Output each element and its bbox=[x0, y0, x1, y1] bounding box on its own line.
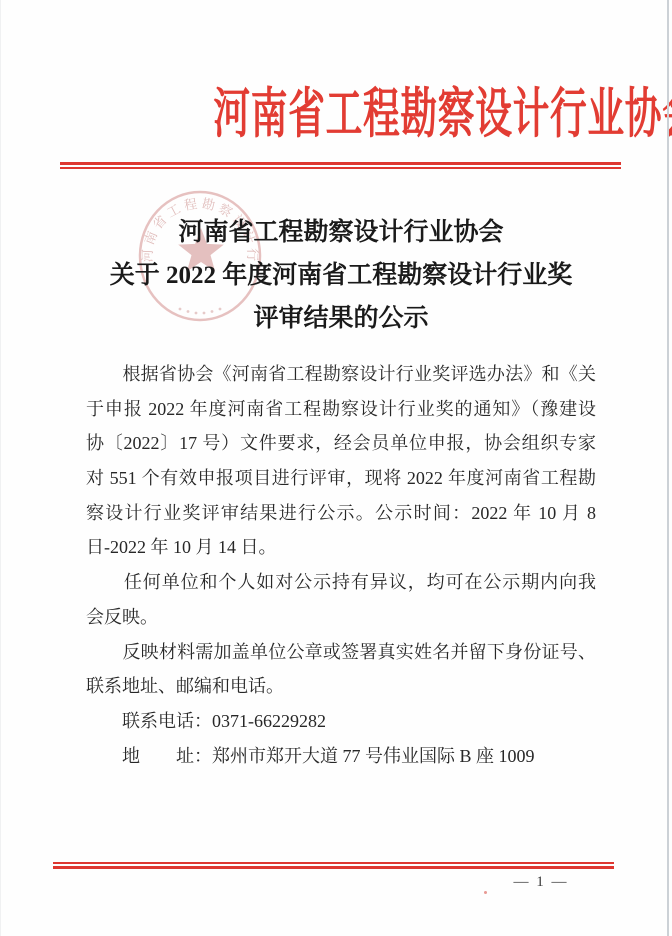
footer-rule bbox=[53, 862, 614, 869]
scan-speck bbox=[484, 891, 487, 894]
body-line: 根据省协会《河南省工程勘察设计行业奖评选办法》和《关 bbox=[86, 357, 596, 392]
body-line: 联系地址、邮编和电话。 bbox=[86, 669, 596, 704]
document-title: 河南省工程勘察设计行业协会 关于 2022 年度河南省工程勘察设计行业奖 评审结… bbox=[86, 211, 596, 340]
body-line: 对 551 个有效申报项目进行评审，现将 2022 年度河南省工程勘 bbox=[86, 461, 596, 496]
body-line: 会反映。 bbox=[86, 600, 596, 635]
document-title-line-2: 关于 2022 年度河南省工程勘察设计行业奖 bbox=[86, 254, 596, 297]
body-line: 察设计行业奖评审结果进行公示。公示时间：2022 年 10 月 8 bbox=[86, 496, 596, 531]
document-body: 根据省协会《河南省工程勘察设计行业奖评选办法》和《关 于申报 2022 年度河南… bbox=[86, 357, 596, 773]
letterhead-org-name: 河南省工程勘察设计行业协会 bbox=[213, 84, 672, 144]
page-right-edge bbox=[667, 0, 669, 936]
body-line: 于申报 2022 年度河南省工程勘察设计行业奖的通知》（豫建设 bbox=[86, 392, 596, 427]
page-number: — 1 — bbox=[501, 874, 581, 891]
document-title-line-1: 河南省工程勘察设计行业协会 bbox=[86, 211, 596, 254]
body-line: 协〔2022〕17 号）文件要求，经会员单位申报，协会组织专家 bbox=[86, 426, 596, 461]
contact-address-line: 地 址：郑州市郑开大道 77 号伟业国际 B 座 1009 bbox=[86, 739, 596, 774]
letterhead: 河南省工程勘察设计行业协会 bbox=[86, 84, 596, 146]
contact-phone-line: 联系电话：0371-66229282 bbox=[86, 704, 596, 739]
letterhead-rule bbox=[60, 162, 621, 169]
body-line: 反映材料需加盖单位公章或签署真实姓名并留下身份证号、 bbox=[86, 635, 596, 670]
document-page: 河南省工程勘察设计行业协会 河南省工程勘察设计行业协会 河南省工程勘察设计行业协… bbox=[0, 0, 672, 936]
document-title-line-3: 评审结果的公示 bbox=[86, 297, 596, 340]
body-line: 任何单位和个人如对公示持有异议，均可在公示期内向我 bbox=[86, 565, 596, 600]
body-line: 日-2022 年 10 月 14 日。 bbox=[86, 530, 596, 565]
